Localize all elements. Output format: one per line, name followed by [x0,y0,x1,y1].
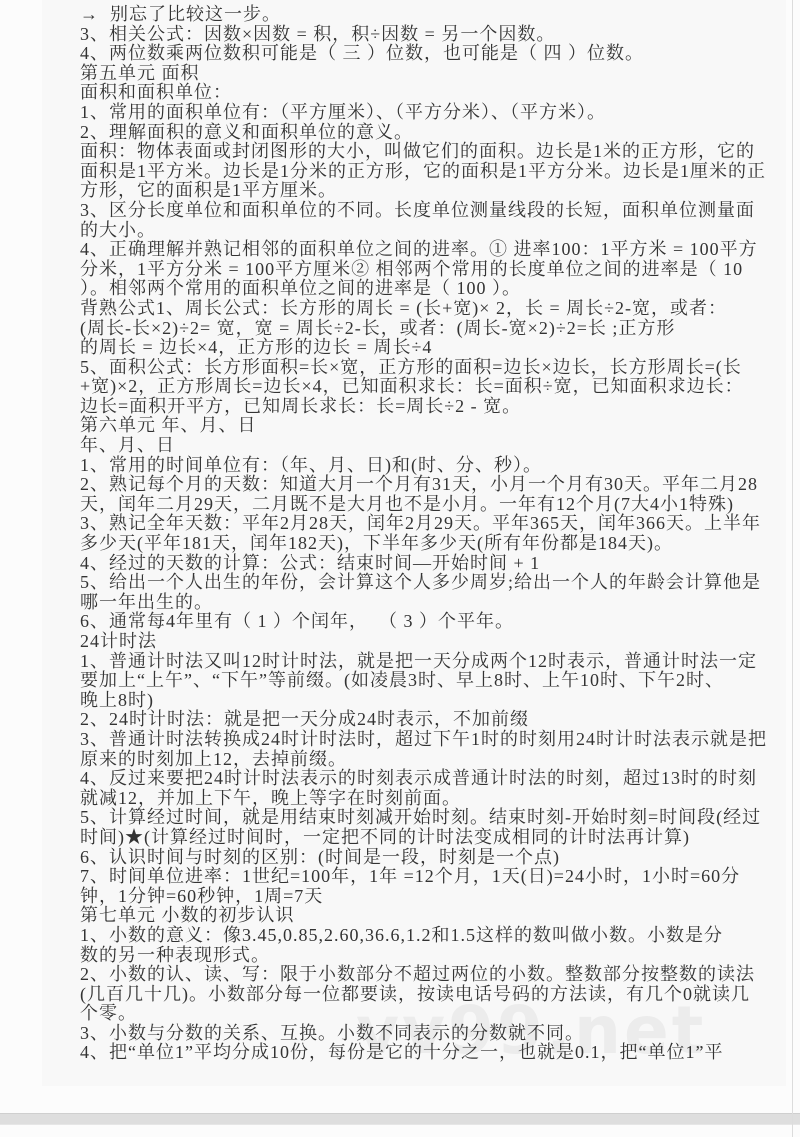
text-line: 第七单元 小数的初步认识 [80,906,770,926]
text-line: 2、24时计时法：就是把一天分成24时表示，不加前缀 [80,710,770,730]
text-line: 第六单元 年、月、日 [80,416,770,436]
text-line: 5、面积公式：长方形面积=长×宽，正方形的面积=边长×边长，长方形周长=(长 [80,358,770,378]
text-line: 5、计算经过时间，就是用结束时刻减开始时刻。结束时刻-开始时刻=时间段(经过 [80,808,770,828]
text-line: 背熟公式1、周长公式：长方形的周长 = (长+宽)× 2，长 = 周长÷2-宽，… [80,299,770,319]
text-line: 3、区分长度单位和面积单位的不同。长度单位测量线段的长短，面积单位测量面 [80,201,770,221]
text-line: 4、反过来要把24时计时法表示的时刻表示成普通计时法的时刻，超过13时的时刻 [80,769,770,789]
text-line: 的大小。 [80,221,770,241]
text-line: 第五单元 面积 [80,64,770,84]
text-line: 7、时间单位进率：1世纪=100年，1年 =12个月，1天(日)=24小时，1小… [80,867,770,887]
text-line: 就减12，并加上下午，晚上等字在时刻前面。 [80,789,770,809]
text-line: 2、熟记每个月的天数：知道大月一个月有31天，小月一个月有30天。平年二月28 [80,475,770,495]
text-line: 要加上“上午”、“下午”等前缀。(如凌晨3时、早上8时、上午10时、下午2时、 [80,671,770,691]
text-line: 2、理解面积的意义和面积单位的意义。 [80,123,770,143]
text-line: 5、给出一个人出生的年份，会计算这个人多少周岁;给出一个人的年龄会计算他是 [80,573,770,593]
text-line: 的周长 = 边长×4，正方形的边长 = 周长÷4 [80,338,770,358]
text-line: 6、认识时间与时刻的区别：(时间是一段，时刻是一个点) [80,848,770,868]
text-line: 24计时法 [80,632,770,652]
text-line: 4、正确理解并熟记相邻的面积单位之间的进率。① 进率100：1平方米 = 100… [80,240,770,260]
text-line: 年、月、日 [80,436,770,456]
text-line: 面积是1平方米。边长是1分米的正方形，它的面积是1平方分米。边长是1厘米的正 [80,162,770,182]
text-line: 天，闰年二月29天，二月既不是大月也不是小月。一年有12个月(7大4小1特殊) [80,495,770,515]
text-line: (几百几十几)。小数部分每一位都要读，按读电话号码的方法读，有几个0就读几 [80,985,770,1005]
text-line: 晚上8时) [80,691,770,711]
text-line: 4、把“单位1”平均分成10份，每份是它的十分之一，也就是0.1，把“单位1”平 [80,1043,770,1063]
text-line: 数的另一种表现形式。 [80,946,770,966]
text-line: ）。相邻两个常用的面积单位之间的进率是（ 100 ）。 [80,279,770,299]
text-line: 面积：物体表面或封闭图形的大小，叫做它们的面积。边长是1米的正方形，它的 [80,142,770,162]
text-line: 面积和面积单位： [80,83,770,103]
text-line: 分米，1平方分米 = 100平方厘米② 相邻两个常用的长度单位之间的进率是（ 1… [80,260,770,280]
text-line: 3、熟记全年天数：平年2月28天，闰年2月29天。平年365天，闰年366天。上… [80,514,770,534]
text-line: 3、小数与分数的关系、互换。小数不同表示的分数就不同。 [80,1024,770,1044]
text-line: 6、通常每4年里有（ 1 ）个闰年， （ 3 ）个平年。 [80,612,770,632]
text-line: +宽)×2，正方形周长=边长×4，已知面积求长：长=面积÷宽，已知面积求边长： [80,377,770,397]
text-line: 1、常用的面积单位有：（平方厘米）、（平方分米）、（平方米）。 [80,103,770,123]
text-line: 方形，它的面积是1平方厘米。 [80,181,770,201]
page-right-border [792,0,793,1137]
text-line: 1、常用的时间单位有：（年、月、日)和(时、分、秒）。 [80,456,770,476]
text-line: 2、小数的认、读、写：限于小数部分不超过两位的小数。整数部分按整数的读法 [80,965,770,985]
text-line: (周长-长×2)÷2= 宽，宽 = 周长÷2-长，或者：(周长-宽×2)÷2=长… [80,319,770,339]
document-page: vv99.net → 别忘了比较这一步。3、相关公式：因数×因数 = 积，积÷因… [0,0,800,1137]
text-line: 多少天(平年181天，闰年182天)，下半年多少天(所有年份都是184天)。 [80,534,770,554]
text-line: 1、普通计时法又叫12时计时法，就是把一天分成两个12时表示，普通计时法一定 [80,652,770,672]
document-body: → 别忘了比较这一步。3、相关公式：因数×因数 = 积，积÷因数 = 另一个因数… [80,5,770,1063]
text-line: 3、相关公式：因数×因数 = 积，积÷因数 = 另一个因数。 [80,25,770,45]
text-line: 个零。 [80,1004,770,1024]
text-line: 钟，1分钟=60秒钟，1周=7天 [80,887,770,907]
text-line: 时间)★(计算经过时间时，一定把不同的计时法变成相同的计时法再计算) [80,828,770,848]
page-separator [0,1113,800,1125]
text-line: 原来的时刻加上12，去掉前缀。 [80,750,770,770]
text-line: 4、两位数乘两位数积可能是（ 三 ）位数，也可能是（ 四 ）位数。 [80,44,770,64]
text-line: 3、普通计时法转换成24时计时法时，超过下午1时的时刻用24时计时法表示就是把 [80,730,770,750]
text-line: → 别忘了比较这一步。 [80,5,770,25]
text-line: 1、小数的意义：像3.45,0.85,2.60,36.6,1.2和1.5这样的数… [80,926,770,946]
text-line: 哪一年出生的。 [80,593,770,613]
text-line: 边长=面积开平方，已知周长求长：长=周长÷2 - 宽。 [80,397,770,417]
text-line: 4、经过的天数的计算：公式：结束时间—开始时间 + 1 [80,554,770,574]
